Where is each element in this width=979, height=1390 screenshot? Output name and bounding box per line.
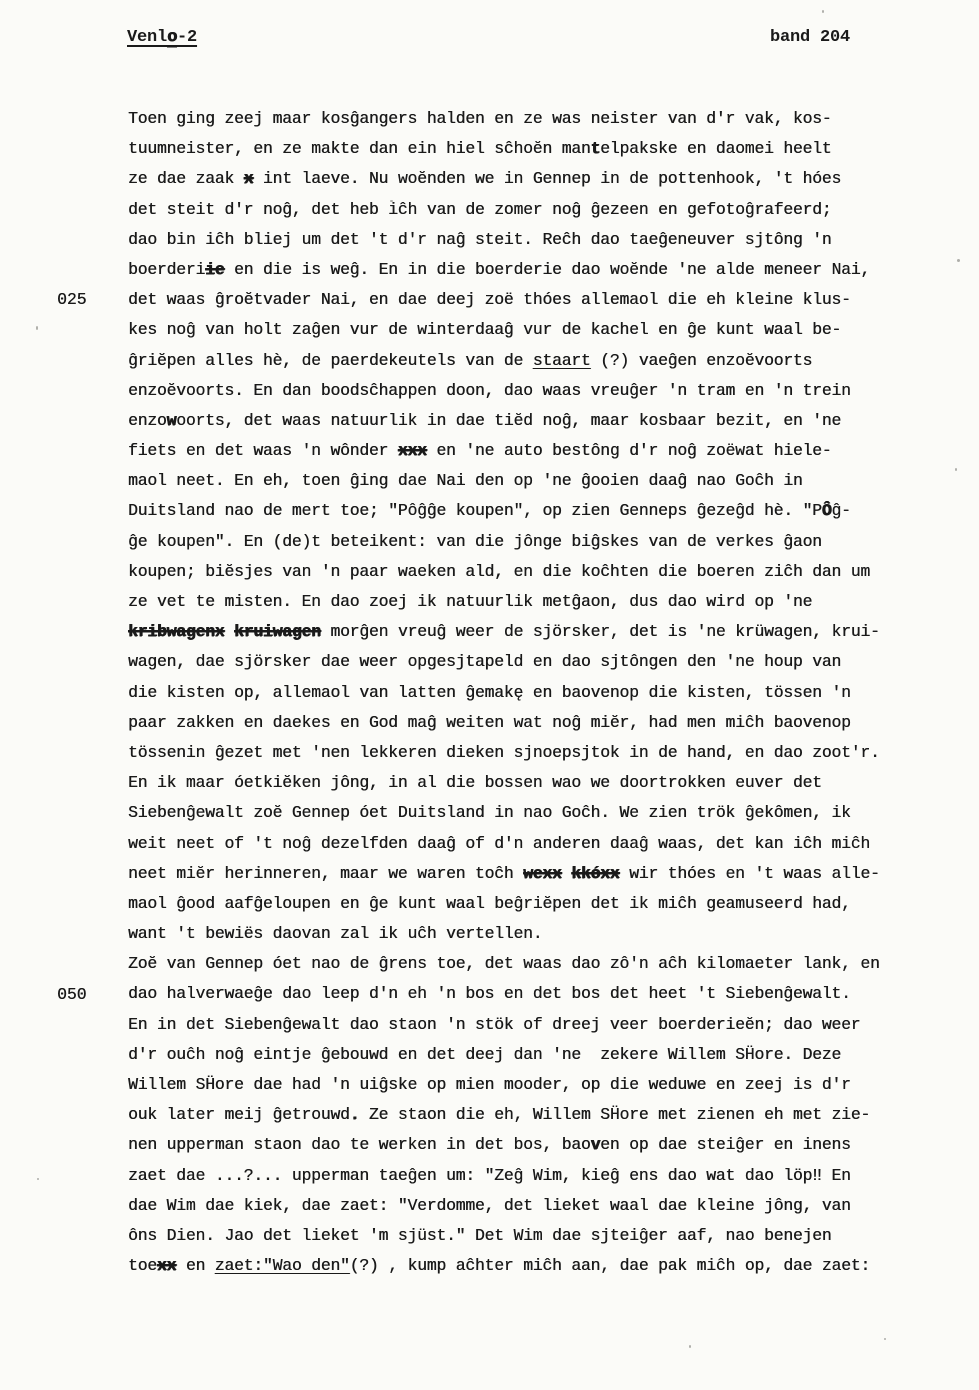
text-segment: zaet dae ...?... upperman taeĝen um: "Ze… [128, 1166, 851, 1185]
text-segment: Toen ging zeej maar kosĝangers halden en… [128, 109, 831, 128]
text-segment: enzoĕvoorts. En dan boodsĉhappen doon, d… [128, 381, 851, 400]
transcript-line: dao bin iĉh bliej um det 't d'r naĝ stei… [128, 225, 938, 255]
struck-out-text: x [244, 169, 254, 188]
struck-out-text: kribwagenx [128, 622, 224, 641]
underlined-text: Venl [127, 28, 167, 47]
text-segment: det steit d'r noĝ, det heb iĉh van de zo… [128, 200, 831, 219]
text-segment: int laeve. Nu woĕnden we in Gennep in de… [253, 169, 841, 188]
transcript-line: En in det Siebenĝewalt dao staon 'n stök… [128, 1010, 938, 1040]
text-segment: d'r ouĉh noĝ eintje ĝebouwd en det deej … [128, 1045, 841, 1064]
document-id: Venlo-2 [127, 28, 197, 47]
scan-speck [689, 1345, 691, 1348]
transcript-line: det steit d'r noĝ, det heb iĉh van de zo… [128, 195, 938, 225]
document-page: Venlo-2 band 204 Toen ging zeej maar kos… [0, 0, 979, 1390]
text-segment: ĝ- [831, 501, 850, 520]
transcript-line: die kisten op, allemaol van latten ĝemak… [128, 678, 938, 708]
text-segment: morĝen vreuĝ weer de sjörsker, det is 'n… [321, 622, 880, 641]
scan-speck [822, 10, 824, 13]
scan-speck [955, 468, 957, 471]
line-number-label: 050 [57, 980, 87, 1010]
text-segment: maol ĝood aafĝeloupen en ĝe kunt waal be… [128, 894, 851, 913]
text-segment: ôns Dien. Jao det lieket 'm sjüst." Det … [128, 1226, 831, 1245]
transcript-line: maol ĝood aafĝeloupen en ĝe kunt waal be… [128, 889, 938, 919]
transcript-line: ze vet te misten. En dao zoej ik natuurl… [128, 587, 938, 617]
text-segment: det waas ĝroĕtvader Nai, en dae deej zoë… [128, 290, 851, 309]
text-segment: toe [128, 1256, 157, 1275]
transcript-line: want 't bewiës daovan zal ik uĉh vertell… [128, 919, 938, 949]
underlined-text: zaet:"Wao den" [215, 1256, 350, 1275]
struck-out-text: xx [157, 1256, 176, 1275]
text-segment: wagen, dae sjörsker dae weer opgesjtapel… [128, 652, 841, 671]
struck-out-text: ie [205, 260, 224, 279]
text-segment: kes noĝ van holt zaĝen vur de winterdaaĝ… [128, 320, 841, 339]
transcript-line: tuumneister, en ze makte dan ein hiel sĉ… [128, 134, 938, 164]
band-number-label: band 204 [770, 28, 850, 47]
transcript-line: Zoĕ van Gennep óet nao de ĝrens toe, det… [128, 949, 938, 979]
transcript-line: enzowoorts, det waas natuurlik in dae ti… [128, 406, 938, 436]
transcript-line: maol neet. En eh, toen ĝing dae Nai den … [128, 466, 938, 496]
transcript-line: det waas ĝroĕtvader Nai, en dae deej zoë… [128, 285, 938, 315]
scan-speck [37, 1178, 39, 1180]
transcript-line: koupen; biĕsjes van 'n paar waeken ald, … [128, 557, 938, 587]
text-segment: dae Wim dae kiek, dae zaet: "Verdomme, d… [128, 1196, 851, 1215]
text-segment: en op dae steiĝer en inens [600, 1135, 851, 1154]
text-segment: en [176, 1256, 215, 1275]
struck-out-text: xxx [398, 441, 427, 460]
scan-speck [36, 326, 38, 330]
transcript-line: paar zakken en daekes en God maĝ weiten … [128, 708, 938, 738]
scan-speck [957, 259, 960, 262]
transcript-line: Willem SḦore dae had 'n uiĝske op mien m… [128, 1070, 938, 1100]
transcript-line: Siebenĝewalt zoĕ Gennep óet Duitsland in… [128, 798, 938, 828]
transcript-line: fiets en det waas 'n wônder xxx en 'ne a… [128, 436, 938, 466]
transcript-line: dao halverwaeĝe dao leep d'n eh 'n bos e… [128, 979, 938, 1009]
overtyped-text: v [591, 1135, 601, 1154]
transcript-line: tössenin ĝezet met 'nen lekkeren dieken … [128, 738, 938, 768]
underlined-text: -2 [177, 28, 197, 47]
text-segment: tuumneister, en ze makte dan ein hiel sĉ… [128, 139, 591, 158]
scan-speck [390, 200, 393, 202]
text-segment: koupen; biĕsjes van 'n paar waeken ald, … [128, 562, 870, 581]
transcript-line: enzoĕvoorts. En dan boodsĉhappen doon, d… [128, 376, 938, 406]
transcript-line: Toen ging zeej maar kosĝangers halden en… [128, 104, 938, 134]
overtyped-text: . [350, 1105, 360, 1124]
transcript-line: d'r ouĉh noĝ eintje ĝebouwd en det deej … [128, 1040, 938, 1070]
text-segment: elpakske en daomei heelt [600, 139, 831, 158]
text-segment: enzo [128, 411, 167, 430]
text-segment: want 't bewiës daovan zal ik uĉh vertell… [128, 924, 542, 943]
transcript-line: weit neet of 't noĝ dezelfden daaĝ of d'… [128, 829, 938, 859]
text-segment: en 'ne auto bestông d'r noĝ zoëwat hiele… [427, 441, 832, 460]
text-segment: maol neet. En eh, toen ĝing dae Nai den … [128, 471, 803, 490]
text-segment: en die is weĝ. En in die boerderie dao w… [224, 260, 870, 279]
overtyped-text: w [167, 411, 177, 430]
transcript-line: En ik maar óetkiĕken jông, in al die bos… [128, 768, 938, 798]
text-segment: dao bin iĉh bliej um det 't d'r naĝ stei… [128, 230, 831, 249]
text-segment: (?) vaeĝen enzoĕvoorts [591, 351, 813, 370]
text-segment: Ze staon die eh, Willem SḦore met zienen… [359, 1105, 870, 1124]
transcript-line: kes noĝ van holt zaĝen vur de winterdaaĝ… [128, 315, 938, 345]
text-segment: ĝe koupen". En (de)t beteikent: van die … [128, 532, 822, 551]
transcript-line: neet miĕr herinneren, maar we waren toĉh… [128, 859, 938, 889]
text-segment: Zoĕ van Gennep óet nao de ĝrens toe, det… [128, 954, 880, 973]
transcript-line: ĝe koupen". En (de)t beteikent: van die … [128, 527, 938, 557]
text-segment: oorts, det waas natuurlik in dae tiĕd no… [176, 411, 841, 430]
transcript-line: wagen, dae sjörsker dae weer opgesjtapel… [128, 647, 938, 677]
scan-speck [884, 1338, 886, 1340]
text-segment: neet miĕr herinneren, maar we waren toĉh [128, 864, 523, 883]
underlined-text: o [167, 28, 177, 47]
text-segment: ouk later meij ĝetrouwd [128, 1105, 350, 1124]
transcript-line: boerderiie en die is weĝ. En in die boer… [128, 255, 938, 285]
transcript-line: ôns Dien. Jao det lieket 'm sjüst." Det … [128, 1221, 938, 1251]
text-segment [224, 622, 234, 641]
text-segment: ĝriĕpen alles hè, de paerdekeutels van d… [128, 351, 533, 370]
transcript-line: toexx en zaet:"Wao den"(?) , kump aĉhter… [128, 1251, 938, 1281]
struck-out-text: wexx [523, 864, 562, 883]
text-segment: weit neet of 't noĝ dezelfden daaĝ of d'… [128, 834, 870, 853]
text-segment: tössenin ĝezet met 'nen lekkeren dieken … [128, 743, 880, 762]
text-segment: ze dae zaak [128, 169, 244, 188]
line-number-label: 025 [57, 285, 87, 315]
text-segment: Siebenĝewalt zoĕ Gennep óet Duitsland in… [128, 803, 851, 822]
text-segment: dao halverwaeĝe dao leep d'n eh 'n bos e… [128, 984, 851, 1003]
text-segment: Duitsland nao de mert toe; "Pôĝĝe koupen… [128, 501, 822, 520]
transcript-line: ze dae zaak x int laeve. Nu woĕnden we i… [128, 164, 938, 194]
overtyped-text: Ô [822, 501, 832, 520]
transcript-line: dae Wim dae kiek, dae zaet: "Verdomme, d… [128, 1191, 938, 1221]
struck-out-text: kruiwagen [234, 622, 321, 641]
text-segment: boerderi [128, 260, 205, 279]
transcript-line: ouk later meij ĝetrouwd. Ze staon die eh… [128, 1100, 938, 1130]
overtyped-text: t [591, 139, 601, 158]
text-segment: En in det Siebenĝewalt dao staon 'n stök… [128, 1015, 860, 1034]
transcript-line: Duitsland nao de mert toe; "Pôĝĝe koupen… [128, 496, 938, 526]
text-segment: (?) , kump aĉhter miĉh aan, dae pak miĉh… [350, 1256, 870, 1275]
text-segment: En ik maar óetkiĕken jông, in al die bos… [128, 773, 822, 792]
text-segment: fiets en det waas 'n wônder [128, 441, 398, 460]
transcript-line: zaet dae ...?... upperman taeĝen um: "Ze… [128, 1161, 938, 1191]
text-segment: die kisten op, allemaol van latten ĝemak… [128, 683, 851, 702]
text-segment: paar zakken en daekes en God maĝ weiten … [128, 713, 851, 732]
struck-out-text: kkóxx [571, 864, 619, 883]
text-segment: nen upperman staon dao te werken in det … [128, 1135, 591, 1154]
underlined-text: staart [533, 351, 591, 370]
transcript-line: kribwagenx kruiwagen morĝen vreuĝ weer d… [128, 617, 938, 647]
transcript-text-block: Toen ging zeej maar kosĝangers halden en… [128, 104, 938, 1281]
transcript-line: ĝriĕpen alles hè, de paerdekeutels van d… [128, 346, 938, 376]
transcript-line: nen upperman staon dao te werken in det … [128, 1130, 938, 1160]
text-segment: ze vet te misten. En dao zoej ik natuurl… [128, 592, 812, 611]
text-segment: Willem SḦore dae had 'n uiĝske op mien m… [128, 1075, 851, 1094]
text-segment [562, 864, 572, 883]
text-segment: wir thóes en 't waas alle- [619, 864, 879, 883]
